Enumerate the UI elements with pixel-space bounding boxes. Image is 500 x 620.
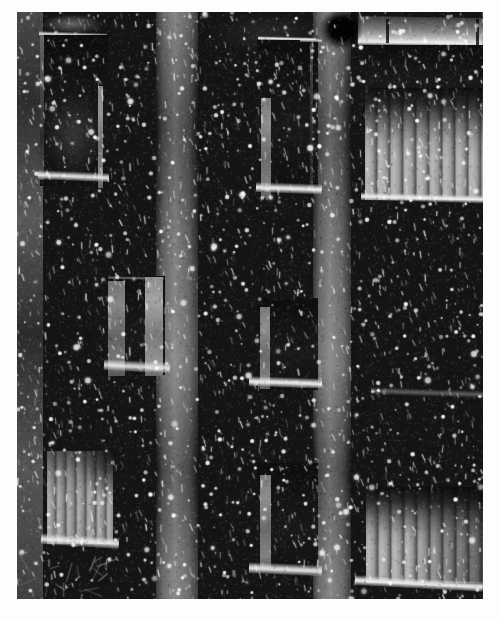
photo-frame xyxy=(0,0,500,620)
photo xyxy=(17,12,483,599)
snowfall-layer xyxy=(17,12,483,599)
